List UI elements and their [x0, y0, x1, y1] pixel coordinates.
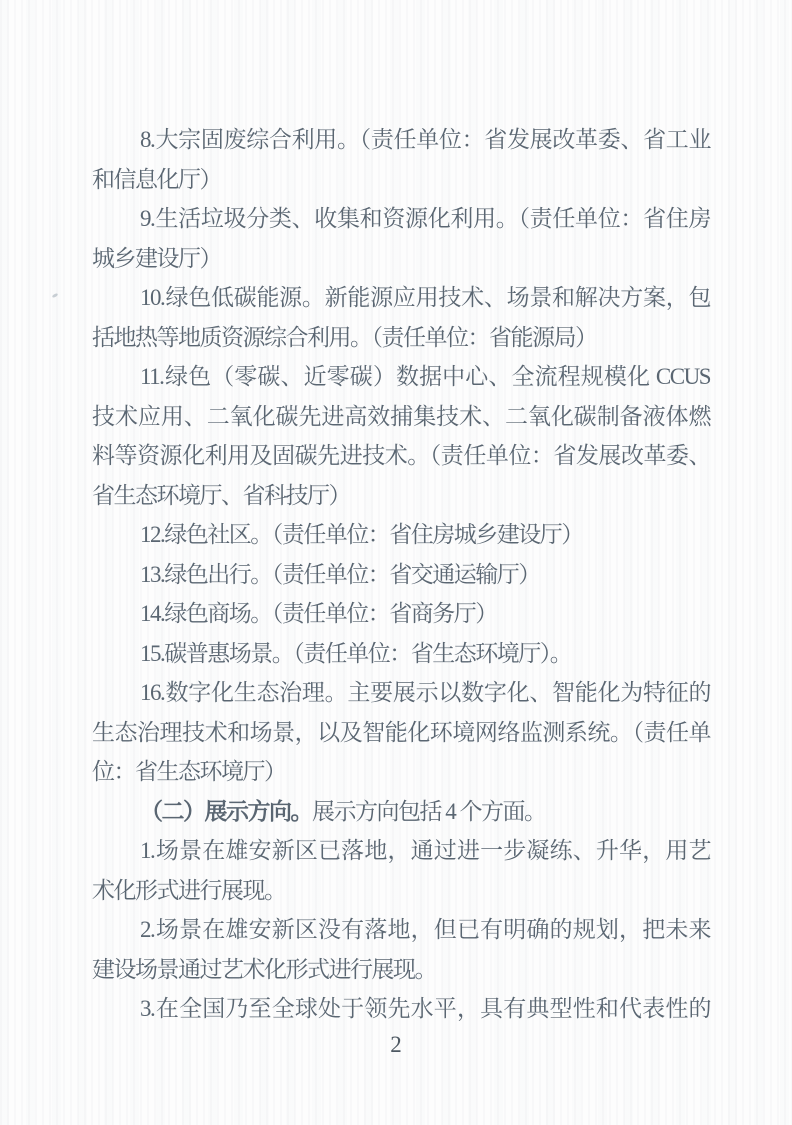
section-heading-lead: （二）展示方向。	[140, 799, 312, 824]
text-line: 14.绿色商场。（责任单位：省商务厅）	[92, 594, 710, 634]
text-line: 和信息化厅）	[92, 160, 710, 200]
text-line: 技术应用、二氧化碳先进高效捕集技术、二氧化碳制备液体燃	[92, 397, 710, 437]
text-line: 建设场景通过艺术化形式进行展现。	[92, 950, 710, 990]
text-line: 13.绿色出行。（责任单位：省交通运输厅）	[92, 555, 710, 595]
text-line: 15.碳普惠场景。（责任单位：省生态环境厅）。	[92, 634, 710, 674]
document-page: 8.大宗固废综合利用。（责任单位：省发展改革委、省工业和信息化厅）9.生活垃圾分…	[0, 0, 792, 1125]
text-line: 11.绿色（零碳、近零碳）数据中心、全流程规模化 CCUS	[92, 357, 710, 397]
text-line: 位：省生态环境厅）	[92, 752, 710, 792]
text-line: 2.场景在雄安新区没有落地，但已有明确的规划，把未来	[92, 910, 710, 950]
text-line: 括地热等地质资源综合利用。（责任单位：省能源局）	[92, 318, 710, 358]
page-number: 2	[0, 1031, 792, 1059]
text-line: （二）展示方向。展示方向包括 4 个方面。	[92, 792, 710, 832]
text-line: 10.绿色低碳能源。新能源应用技术、场景和解决方案，包	[92, 278, 710, 318]
text-line: 9.生活垃圾分类、收集和资源化利用。（责任单位：省住房	[92, 199, 710, 239]
scan-artifact	[52, 293, 59, 299]
text-block: 8.大宗固废综合利用。（责任单位：省发展改革委、省工业和信息化厅）9.生活垃圾分…	[92, 120, 710, 1029]
section-heading-rest: 展示方向包括 4 个方面。	[312, 799, 546, 824]
text-line: 3.在全国乃至全球处于领先水平，具有典型性和代表性的	[92, 989, 710, 1029]
text-line: 16.数字化生态治理。主要展示以数字化、智能化为特征的	[92, 673, 710, 713]
text-line: 省生态环境厅、省科技厅）	[92, 476, 710, 516]
text-line: 1.场景在雄安新区已落地，通过进一步凝练、升华，用艺	[92, 831, 710, 871]
text-line: 8.大宗固废综合利用。（责任单位：省发展改革委、省工业	[92, 120, 710, 160]
text-line: 料等资源化利用及固碳先进技术。（责任单位：省发展改革委、	[92, 436, 710, 476]
text-line: 城乡建设厅）	[92, 239, 710, 279]
text-line: 生态治理技术和场景，以及智能化环境网络监测系统。（责任单	[92, 713, 710, 753]
text-line: 术化形式进行展现。	[92, 871, 710, 911]
text-line: 12.绿色社区。（责任单位：省住房城乡建设厅）	[92, 515, 710, 555]
